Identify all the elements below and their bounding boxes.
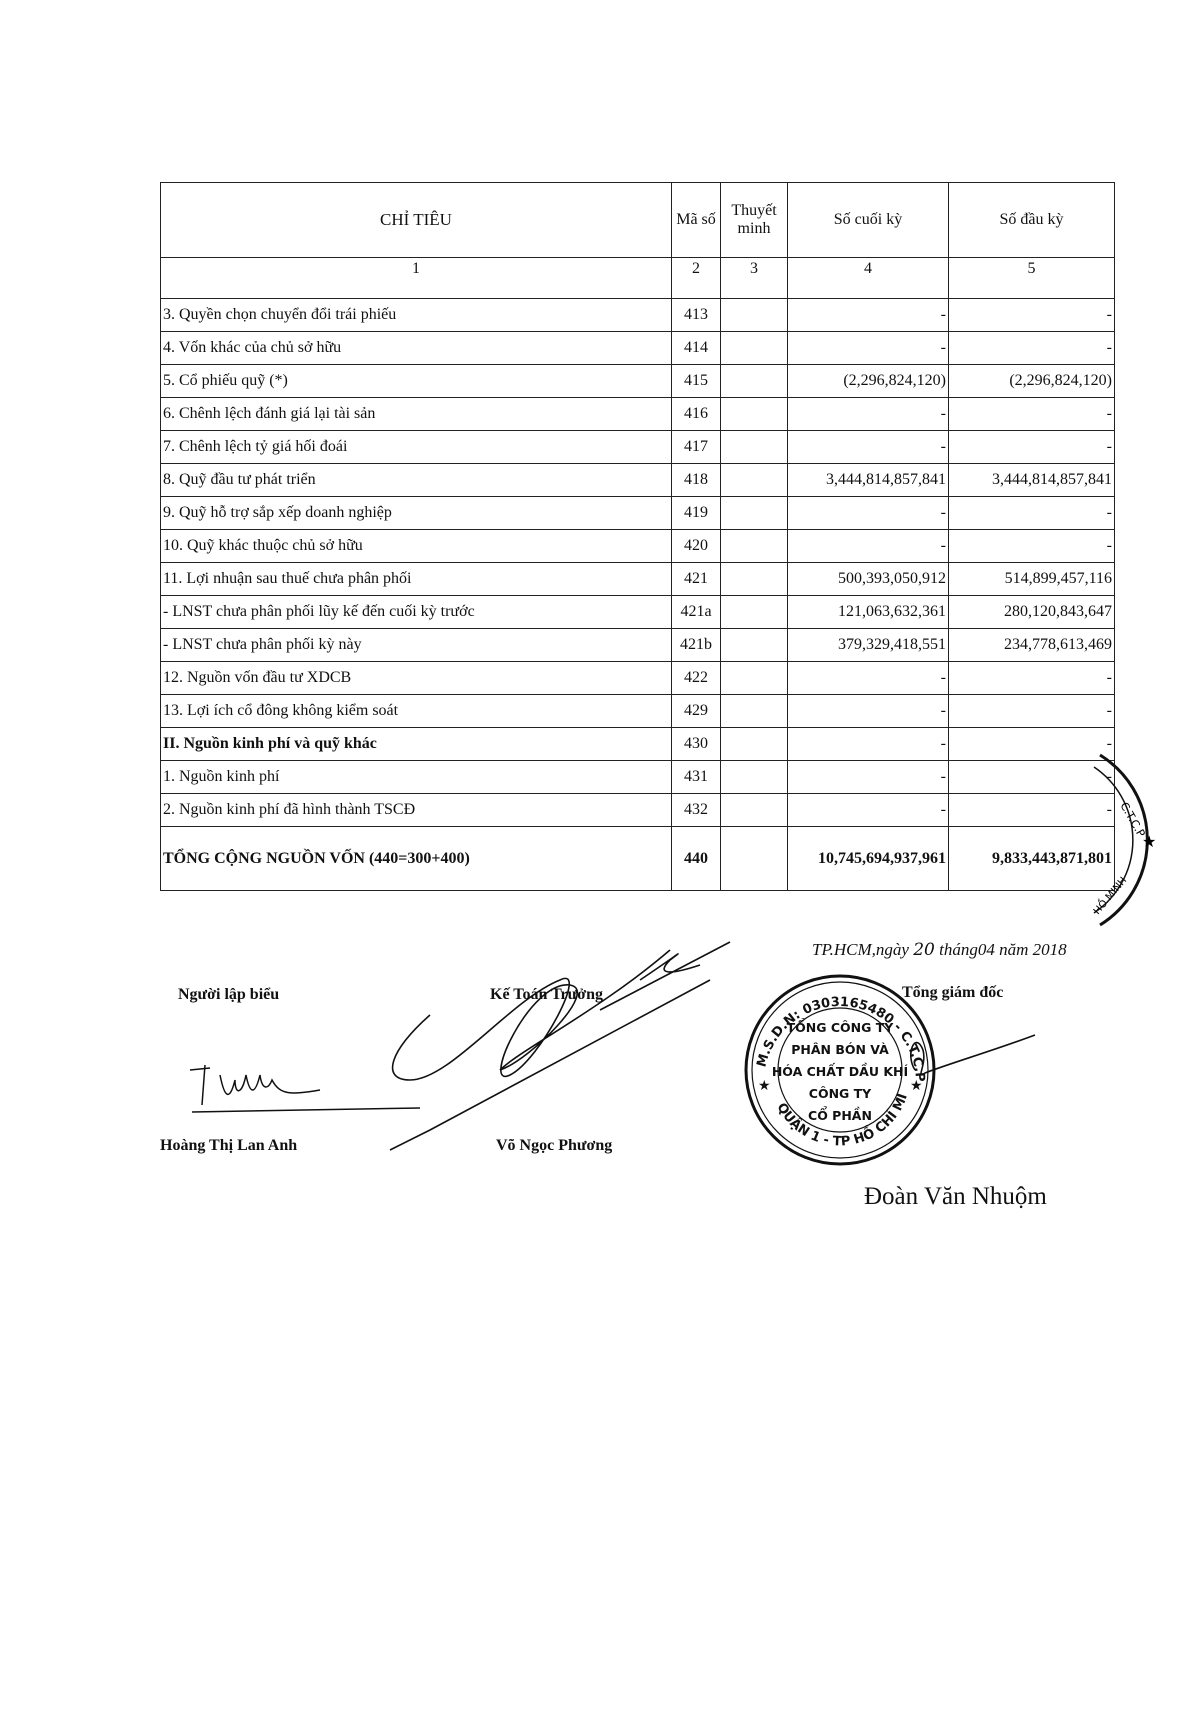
row-begin-value: -	[949, 497, 1115, 530]
row-code: 420	[672, 530, 721, 563]
table-row: 1. Nguồn kinh phí431--	[161, 761, 1115, 794]
table-row: 6. Chênh lệch đánh giá lại tài sản416--	[161, 398, 1115, 431]
row-end-value: -	[788, 761, 949, 794]
row-label: 8. Quỹ đầu tư phát triển	[161, 464, 672, 497]
row-end-value: 3,444,814,857,841	[788, 464, 949, 497]
row-end-value: -	[788, 662, 949, 695]
chief-accountant-name: Võ Ngọc Phương	[496, 1137, 612, 1155]
row-note	[721, 563, 788, 596]
row-code: 421a	[672, 596, 721, 629]
table-row: 8. Quỹ đầu tư phát triển4183,444,814,857…	[161, 464, 1115, 497]
director-signature	[905, 1025, 1045, 1085]
row-code: 431	[672, 761, 721, 794]
row-label: 12. Nguồn vốn đầu tư XDCB	[161, 662, 672, 695]
balance-sheet-table: CHỈ TIÊU Mã số Thuyết minh Số cuối kỳ Số…	[160, 182, 1115, 891]
stamp-line: HÓA CHẤT DẦU KHÍ	[772, 1062, 909, 1079]
row-code: 418	[672, 464, 721, 497]
column-index: 2	[672, 258, 721, 299]
row-label: 6. Chênh lệch đánh giá lại tài sản	[161, 398, 672, 431]
table-row: 13. Lợi ích cổ đông không kiểm soát429--	[161, 695, 1115, 728]
partial-company-stamp: ★ C.T.C.P HỒ MINH	[1080, 745, 1180, 935]
row-note	[721, 695, 788, 728]
stamp-line: CÔNG TY	[809, 1086, 872, 1101]
row-label: 10. Quỹ khác thuộc chủ sở hữu	[161, 530, 672, 563]
row-end-value: -	[788, 794, 949, 827]
svg-text:★: ★	[758, 1078, 771, 1094]
row-note	[721, 464, 788, 497]
table-row: 7. Chênh lệch tỷ giá hối đoái417--	[161, 431, 1115, 464]
header-ma-so: Mã số	[672, 183, 721, 258]
row-note	[721, 761, 788, 794]
date-line: TP.HCM,ngày 20 tháng04 năm 2018	[812, 940, 1067, 960]
row-note	[721, 332, 788, 365]
table-row: 9. Quỹ hỗ trợ sắp xếp doanh nghiệp419--	[161, 497, 1115, 530]
row-code: 415	[672, 365, 721, 398]
table-row: - LNST chưa phân phối lũy kế đến cuối kỳ…	[161, 596, 1115, 629]
row-code: 430	[672, 728, 721, 761]
table-body: 3. Quyền chọn chuyển đổi trái phiếu413--…	[161, 299, 1115, 827]
row-label: 13. Lợi ích cổ đông không kiểm soát	[161, 695, 672, 728]
row-end-value: -	[788, 398, 949, 431]
table-row: 5. Cổ phiếu quỹ (*)415(2,296,824,120)(2,…	[161, 365, 1115, 398]
row-note	[721, 596, 788, 629]
header-so-dau-ky: Số đầu kỳ	[949, 183, 1115, 258]
row-code: 429	[672, 695, 721, 728]
row-end-value: -	[788, 530, 949, 563]
total-label: TỔNG CỘNG NGUỒN VỐN (440=300+400)	[161, 827, 672, 891]
stamp-line: TỔNG CÔNG TY	[787, 1018, 895, 1035]
row-label: - LNST chưa phân phối kỳ này	[161, 629, 672, 662]
row-end-value: -	[788, 728, 949, 761]
row-begin-value: -	[949, 332, 1115, 365]
row-begin-value: -	[949, 431, 1115, 464]
row-label: 2. Nguồn kinh phí đã hình thành TSCĐ	[161, 794, 672, 827]
row-end-value: (2,296,824,120)	[788, 365, 949, 398]
row-note	[721, 365, 788, 398]
row-begin-value: -	[949, 398, 1115, 431]
row-label: 5. Cổ phiếu quỹ (*)	[161, 365, 672, 398]
column-index: 4	[788, 258, 949, 299]
row-label: 9. Quỹ hỗ trợ sắp xếp doanh nghiệp	[161, 497, 672, 530]
row-note	[721, 629, 788, 662]
row-label: 7. Chênh lệch tỷ giá hối đoái	[161, 431, 672, 464]
header-so-cuoi-ky: Số cuối kỳ	[788, 183, 949, 258]
column-index-row: 1 2 3 4 5	[161, 258, 1115, 299]
row-note	[721, 431, 788, 464]
row-label: 1. Nguồn kinh phí	[161, 761, 672, 794]
row-code: 419	[672, 497, 721, 530]
row-end-value: 500,393,050,912	[788, 563, 949, 596]
row-begin-value: -	[949, 695, 1115, 728]
svg-text:HỒ MINH: HỒ MINH	[1090, 873, 1130, 917]
row-end-value: -	[788, 299, 949, 332]
header-chi-tieu: CHỈ TIÊU	[161, 183, 672, 258]
row-code: 414	[672, 332, 721, 365]
row-note	[721, 662, 788, 695]
row-begin-value: -	[949, 662, 1115, 695]
table-row: 4. Vốn khác của chủ sở hữu414--	[161, 332, 1115, 365]
table-row: 3. Quyền chọn chuyển đổi trái phiếu413--	[161, 299, 1115, 332]
header-thuyet-minh: Thuyết minh	[721, 183, 788, 258]
column-index: 5	[949, 258, 1115, 299]
row-begin-value: 280,120,843,647	[949, 596, 1115, 629]
date-prefix: TP.HCM,ngày	[812, 940, 909, 959]
chief-accountant-signature	[370, 940, 740, 1160]
row-label: II. Nguồn kinh phí và quỹ khác	[161, 728, 672, 761]
row-end-value: 379,329,418,551	[788, 629, 949, 662]
row-end-value: -	[788, 695, 949, 728]
row-note	[721, 398, 788, 431]
row-note	[721, 299, 788, 332]
table-row: 10. Quỹ khác thuộc chủ sở hữu420--	[161, 530, 1115, 563]
row-label: 4. Vốn khác của chủ sở hữu	[161, 332, 672, 365]
row-label: 3. Quyền chọn chuyển đổi trái phiếu	[161, 299, 672, 332]
row-note	[721, 794, 788, 827]
row-code: 417	[672, 431, 721, 464]
row-end-value: -	[788, 431, 949, 464]
total-row: TỔNG CỘNG NGUỒN VỐN (440=300+400) 440 10…	[161, 827, 1115, 891]
preparer-name: Hoàng Thị Lan Anh	[160, 1137, 297, 1155]
row-label: - LNST chưa phân phối lũy kế đến cuối kỳ…	[161, 596, 672, 629]
column-index: 1	[161, 258, 672, 299]
total-end-value: 10,745,694,937,961	[788, 827, 949, 891]
date-month: 04	[978, 940, 995, 959]
column-index: 3	[721, 258, 788, 299]
row-code: 421b	[672, 629, 721, 662]
row-begin-value: (2,296,824,120)	[949, 365, 1115, 398]
date-month-prefix: tháng	[939, 940, 978, 959]
row-note	[721, 497, 788, 530]
row-note	[721, 530, 788, 563]
row-begin-value: 3,444,814,857,841	[949, 464, 1115, 497]
date-day: 20	[913, 940, 935, 960]
table-row: 12. Nguồn vốn đầu tư XDCB422--	[161, 662, 1115, 695]
row-begin-value: 514,899,457,116	[949, 563, 1115, 596]
row-begin-value: -	[949, 530, 1115, 563]
total-code: 440	[672, 827, 721, 891]
row-code: 413	[672, 299, 721, 332]
row-begin-value: 234,778,613,469	[949, 629, 1115, 662]
row-begin-value: -	[949, 299, 1115, 332]
preparer-title: Người lập biểu	[178, 986, 279, 1004]
total-note	[721, 827, 788, 891]
table-row: 2. Nguồn kinh phí đã hình thành TSCĐ432-…	[161, 794, 1115, 827]
balance-sheet-table-wrap: CHỈ TIÊU Mã số Thuyết minh Số cuối kỳ Số…	[160, 182, 1114, 891]
row-end-value: -	[788, 332, 949, 365]
row-note	[721, 728, 788, 761]
table-row: II. Nguồn kinh phí và quỹ khác430--	[161, 728, 1115, 761]
table-row: - LNST chưa phân phối kỳ này421b379,329,…	[161, 629, 1115, 662]
row-code: 422	[672, 662, 721, 695]
row-label: 11. Lợi nhuận sau thuế chưa phân phối	[161, 563, 672, 596]
stamp-line: PHÂN BÓN VÀ	[791, 1042, 889, 1057]
row-code: 416	[672, 398, 721, 431]
stamp-line: CỔ PHẦN	[808, 1106, 872, 1123]
date-year: năm 2018	[999, 940, 1067, 959]
header-row: CHỈ TIÊU Mã số Thuyết minh Số cuối kỳ Số…	[161, 183, 1115, 258]
row-end-value: 121,063,632,361	[788, 596, 949, 629]
row-end-value: -	[788, 497, 949, 530]
general-director-name: Đoàn Văn Nhuộm	[864, 1183, 1047, 1211]
table-row: 11. Lợi nhuận sau thuế chưa phân phối421…	[161, 563, 1115, 596]
svg-text:★: ★	[1142, 832, 1156, 851]
row-code: 432	[672, 794, 721, 827]
row-code: 421	[672, 563, 721, 596]
